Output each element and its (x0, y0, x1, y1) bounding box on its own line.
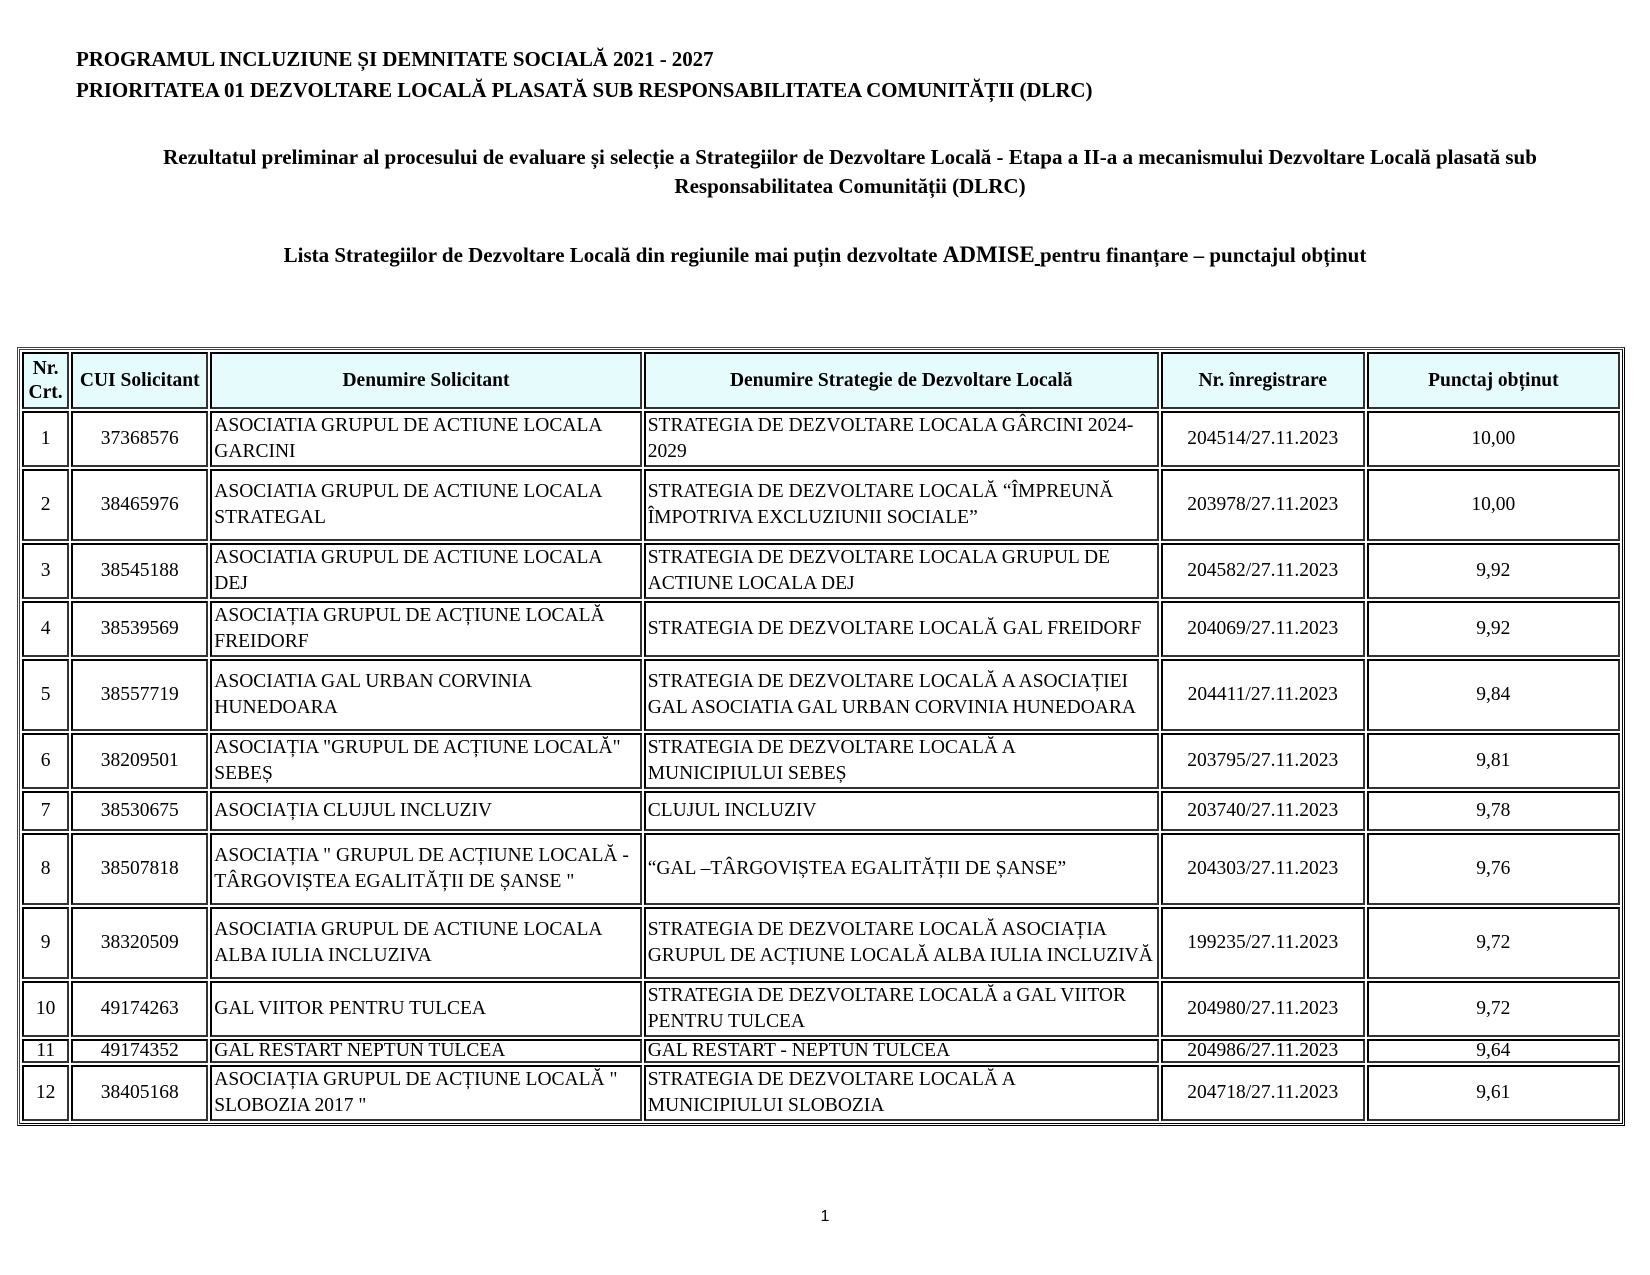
cell-inregistrare: 199235/27.11.2023 (1161, 907, 1365, 979)
cell-nr: 12 (22, 1065, 69, 1121)
col-header-cui: CUI Solicitant (71, 352, 208, 409)
cell-cui: 38539569 (71, 601, 208, 657)
col-header-nr-line1: Nr. (33, 358, 59, 379)
cell-punctaj: 9,92 (1367, 601, 1620, 657)
table-row: 1149174352GAL RESTART NEPTUN TULCEAGAL R… (22, 1039, 1620, 1063)
cell-cui: 49174263 (71, 981, 208, 1037)
cell-punctaj: 9,61 (1367, 1065, 1620, 1121)
table-row: 738530675ASOCIAȚIA CLUJUL INCLUZIVCLUJUL… (22, 791, 1620, 831)
col-header-nr-line2: Crt. (29, 382, 63, 403)
cell-punctaj: 10,00 (1367, 469, 1620, 541)
cell-strategie: STRATEGIA DE DEZVOLTARE LOCALĂ a GAL VII… (644, 981, 1159, 1037)
cell-solicitant: ASOCIAȚIA GRUPUL DE ACȚIUNE LOCALĂ FREID… (210, 601, 641, 657)
cell-solicitant: ASOCIAȚIA " GRUPUL DE ACȚIUNE LOCALĂ - T… (210, 833, 641, 905)
table-row: 238465976ASOCIATIA GRUPUL DE ACTIUNE LOC… (22, 469, 1620, 541)
cell-cui: 38405168 (71, 1065, 208, 1121)
cell-inregistrare: 204514/27.11.2023 (1161, 411, 1365, 467)
cell-strategie: STRATEGIA DE DEZVOLTARE LOCALĂ A ASOCIAȚ… (644, 659, 1159, 731)
cell-nr: 11 (22, 1039, 69, 1063)
cell-solicitant: GAL RESTART NEPTUN TULCEA (210, 1039, 641, 1063)
table-row: 638209501ASOCIAȚIA "GRUPUL DE ACȚIUNE LO… (22, 733, 1620, 789)
cell-punctaj: 9,92 (1367, 543, 1620, 599)
col-header-punctaj: Punctaj obținut (1367, 352, 1620, 409)
cell-nr: 7 (22, 791, 69, 831)
table-row: 137368576ASOCIATIA GRUPUL DE ACTIUNE LOC… (22, 411, 1620, 467)
cell-inregistrare: 204303/27.11.2023 (1161, 833, 1365, 905)
cell-punctaj: 10,00 (1367, 411, 1620, 467)
cell-solicitant: ASOCIAȚIA GRUPUL DE ACȚIUNE LOCALĂ " SLO… (210, 1065, 641, 1121)
table-header-row: Nr.Crt. CUI Solicitant Denumire Solicita… (22, 352, 1620, 409)
cell-punctaj: 9,78 (1367, 791, 1620, 831)
cell-solicitant: ASOCIATIA GRUPUL DE ACTIUNE LOCALA DEJ (210, 543, 641, 599)
cell-nr: 6 (22, 733, 69, 789)
list-title-after: pentru finanțare – punctajul obținut (1040, 243, 1366, 267)
cell-nr: 4 (22, 601, 69, 657)
cell-punctaj: 9,72 (1367, 907, 1620, 979)
col-header-nr: Nr.Crt. (22, 352, 69, 409)
cell-cui: 38557719 (71, 659, 208, 731)
list-title: Lista Strategiilor de Dezvoltare Locală … (0, 242, 1650, 268)
cell-inregistrare: 204980/27.11.2023 (1161, 981, 1365, 1037)
table-row: 1238405168ASOCIAȚIA GRUPUL DE ACȚIUNE LO… (22, 1065, 1620, 1121)
cell-cui: 38465976 (71, 469, 208, 541)
cell-nr: 8 (22, 833, 69, 905)
cell-strategie: STRATEGIA DE DEZVOLTARE LOCALĂ “ÎMPREUNĂ… (644, 469, 1159, 541)
cell-nr: 2 (22, 469, 69, 541)
page-number: 1 (0, 1208, 1650, 1226)
list-title-before: Lista Strategiilor de Dezvoltare Locală … (284, 243, 943, 267)
cell-inregistrare: 204986/27.11.2023 (1161, 1039, 1365, 1063)
cell-nr: 9 (22, 907, 69, 979)
cell-nr: 3 (22, 543, 69, 599)
cell-solicitant: ASOCIATIA GRUPUL DE ACTIUNE LOCALA STRAT… (210, 469, 641, 541)
table-row: 538557719ASOCIATIA GAL URBAN CORVINIA HU… (22, 659, 1620, 731)
cell-strategie: CLUJUL INCLUZIV (644, 791, 1159, 831)
cell-strategie: GAL RESTART - NEPTUN TULCEA (644, 1039, 1159, 1063)
col-header-inregistrare: Nr. înregistrare (1161, 352, 1365, 409)
cell-solicitant: GAL VIITOR PENTRU TULCEA (210, 981, 641, 1037)
document-subtitle: Rezultatul preliminar al procesului de e… (100, 143, 1600, 201)
list-title-emphasis: ADMISE (943, 242, 1035, 267)
cell-solicitant: ASOCIATIA GAL URBAN CORVINIA HUNEDOARA (210, 659, 641, 731)
cell-inregistrare: 204411/27.11.2023 (1161, 659, 1365, 731)
cell-inregistrare: 204718/27.11.2023 (1161, 1065, 1365, 1121)
cell-cui: 37368576 (71, 411, 208, 467)
col-header-solicitant: Denumire Solicitant (210, 352, 641, 409)
cell-strategie: STRATEGIA DE DEZVOLTARE LOCALĂ A MUNICIP… (644, 1065, 1159, 1121)
cell-inregistrare: 203740/27.11.2023 (1161, 791, 1365, 831)
table-row: 938320509ASOCIATIA GRUPUL DE ACTIUNE LOC… (22, 907, 1620, 979)
cell-strategie: STRATEGIA DE DEZVOLTARE LOCALA GÂRCINI 2… (644, 411, 1159, 467)
cell-punctaj: 9,64 (1367, 1039, 1620, 1063)
table-row: 338545188ASOCIATIA GRUPUL DE ACTIUNE LOC… (22, 543, 1620, 599)
cell-strategie: “GAL –TÂRGOVIȘTEA EGALITĂȚII DE ȘANSE” (644, 833, 1159, 905)
cell-cui: 38545188 (71, 543, 208, 599)
cell-cui: 38320509 (71, 907, 208, 979)
cell-cui: 38209501 (71, 733, 208, 789)
cell-solicitant: ASOCIAȚIA CLUJUL INCLUZIV (210, 791, 641, 831)
priority-title: PRIORITATEA 01 DEZVOLTARE LOCALĂ PLASATĂ… (76, 78, 1092, 102)
cell-strategie: STRATEGIA DE DEZVOLTARE LOCALA GRUPUL DE… (644, 543, 1159, 599)
cell-punctaj: 9,84 (1367, 659, 1620, 731)
cell-punctaj: 9,72 (1367, 981, 1620, 1037)
cell-cui: 38507818 (71, 833, 208, 905)
cell-inregistrare: 204582/27.11.2023 (1161, 543, 1365, 599)
cell-solicitant: ASOCIAȚIA "GRUPUL DE ACȚIUNE LOCALĂ" SEB… (210, 733, 641, 789)
results-table: Nr.Crt. CUI Solicitant Denumire Solicita… (17, 347, 1625, 1126)
cell-solicitant: ASOCIATIA GRUPUL DE ACTIUNE LOCALA ALBA … (210, 907, 641, 979)
cell-strategie: STRATEGIA DE DEZVOLTARE LOCALĂ A MUNICIP… (644, 733, 1159, 789)
cell-nr: 1 (22, 411, 69, 467)
table-row: 1049174263GAL VIITOR PENTRU TULCEASTRATE… (22, 981, 1620, 1037)
cell-punctaj: 9,76 (1367, 833, 1620, 905)
col-header-strategie: Denumire Strategie de Dezvoltare Locală (644, 352, 1159, 409)
cell-inregistrare: 203978/27.11.2023 (1161, 469, 1365, 541)
cell-cui: 49174352 (71, 1039, 208, 1063)
cell-punctaj: 9,81 (1367, 733, 1620, 789)
table-row: 438539569ASOCIAȚIA GRUPUL DE ACȚIUNE LOC… (22, 601, 1620, 657)
cell-solicitant: ASOCIATIA GRUPUL DE ACTIUNE LOCALA GARCI… (210, 411, 641, 467)
cell-nr: 10 (22, 981, 69, 1037)
cell-strategie: STRATEGIA DE DEZVOLTARE LOCALĂ GAL FREID… (644, 601, 1159, 657)
cell-nr: 5 (22, 659, 69, 731)
cell-cui: 38530675 (71, 791, 208, 831)
cell-inregistrare: 204069/27.11.2023 (1161, 601, 1365, 657)
cell-strategie: STRATEGIA DE DEZVOLTARE LOCALĂ ASOCIAȚIA… (644, 907, 1159, 979)
table-row: 838507818ASOCIAȚIA " GRUPUL DE ACȚIUNE L… (22, 833, 1620, 905)
cell-inregistrare: 203795/27.11.2023 (1161, 733, 1365, 789)
program-title: PROGRAMUL INCLUZIUNE ȘI DEMNITATE SOCIAL… (76, 47, 713, 71)
